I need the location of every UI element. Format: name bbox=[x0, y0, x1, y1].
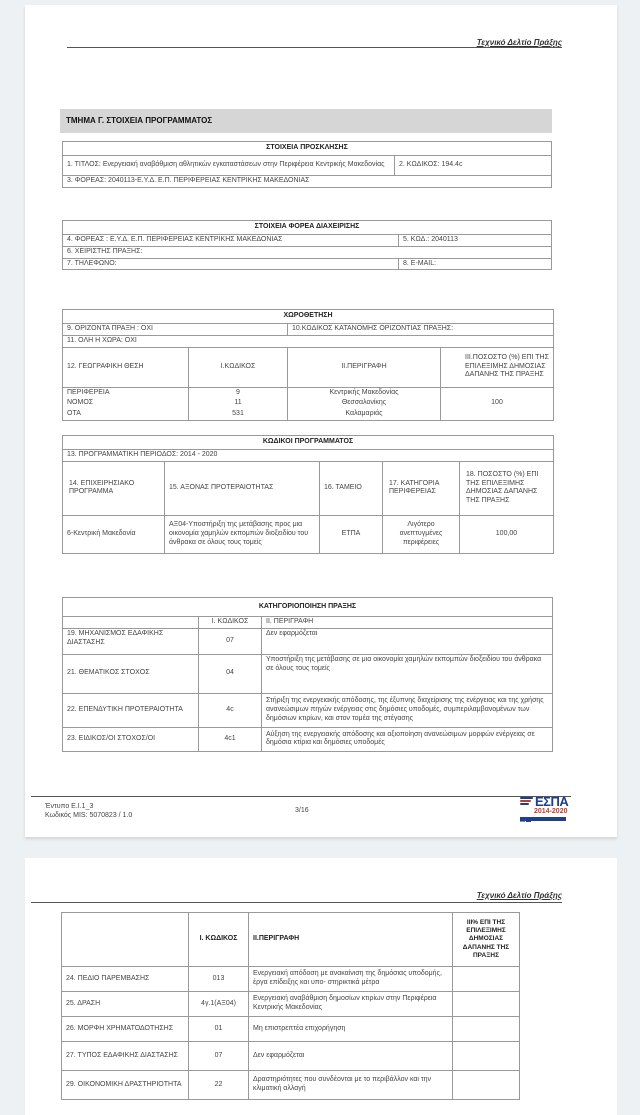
intervention-description: Δραστηριότητες που συνδέονται με το περι… bbox=[249, 1071, 453, 1100]
intervention-percent bbox=[453, 967, 520, 992]
footer-form-info: Έντυπο Ε.Ι.1_3 Κωδικός MIS: 5070823 / 1.… bbox=[45, 803, 132, 821]
mis-code: Κωδικός MIS: 5070823 / 1.0 bbox=[45, 812, 132, 821]
intervention-code: 07 bbox=[189, 1042, 249, 1071]
programming-period: 13. ΠΡΟΓΡΑΜΜΑΤΙΚΗ ΠΕΡΙΟΔΟΣ: 2014 - 2020 bbox=[63, 450, 554, 462]
intervention-label: 24. ΠΕΔΙΟ ΠΑΡΕΜΒΑΣΗΣ bbox=[62, 967, 189, 992]
operational-program: 6-Κεντρική Μακεδονία bbox=[63, 515, 165, 553]
geo-level: ΝΟΜΟΣ bbox=[63, 398, 189, 409]
intervention-code: 013 bbox=[189, 967, 249, 992]
email-field: 8. E-MAIL: bbox=[399, 258, 552, 270]
category-description: Υποστήριξη της μετάβασης σε μια οικονομί… bbox=[262, 654, 553, 693]
col-empty bbox=[63, 617, 199, 629]
location-heading: ΧΩΡΟΘΕΤΗΣΗ bbox=[63, 310, 554, 324]
col-percentage: ΙΙΙ.ΠΟΣΟΣΤΟ (%) ΕΠΙ ΤΗΣ ΕΠΙΛΕΞΙΜΗΣ ΔΗΜΟΣ… bbox=[441, 347, 554, 387]
geo-description: Κεντρικής Μακεδονίας bbox=[288, 387, 441, 398]
horizontal-operation: 9. ΟΡΙΖΟΝΤΑ ΠΡΑΞΗ : ΟΧΙ bbox=[63, 324, 288, 336]
col-empty bbox=[62, 913, 189, 967]
program-codes-heading: ΚΩΔΙΚΟΙ ΠΡΟΓΡΑΜΜΑΤΟΣ bbox=[63, 436, 554, 450]
col-code: Ι. ΚΩΔΙΚΟΣ bbox=[189, 913, 249, 967]
category-code: 4c1 bbox=[199, 727, 262, 751]
geo-percentage: 100 bbox=[441, 387, 554, 420]
col-code: Ι.ΚΩΔΙΚΟΣ bbox=[189, 347, 288, 387]
category-description: Δεν εφαρμόζεται bbox=[262, 628, 553, 654]
location-table: ΧΩΡΟΘΕΤΗΣΗ 9. ΟΡΙΖΟΝΤΑ ΠΡΑΞΗ : ΟΧΙ 10.ΚΩ… bbox=[62, 309, 554, 421]
header-rule bbox=[31, 902, 562, 903]
priority-axis: ΑΞ04-Υποστήριξη της μετάβασης προς μια ο… bbox=[165, 515, 320, 553]
intervention-percent bbox=[453, 1071, 520, 1100]
call-title-cell: 1. ΤΙΤΛΟΣ: Ενεργειακή αναβάθμιση αθλητικ… bbox=[63, 156, 395, 176]
intervention-description: Μη επιστρεπτέα επιχορήγηση bbox=[249, 1017, 453, 1042]
geo-code: 531 bbox=[189, 409, 288, 420]
col-region-category: 17. ΚΑΤΗΓΟΡΙΑ ΠΕΡΙΦΕΡΕΙΑΣ bbox=[383, 461, 460, 515]
espa-logo-bar bbox=[520, 817, 566, 821]
espa-logo-word: ΕΣΠΑ bbox=[535, 794, 568, 809]
managing-body-code: 5. ΚΩΔ.: 2040113 bbox=[399, 235, 552, 247]
document-header-title: Τεχνικό Δελτίο Πράξης bbox=[477, 891, 562, 900]
geo-description: Καλαμαριάς bbox=[288, 409, 441, 420]
intervention-code: 01 bbox=[189, 1017, 249, 1042]
managing-body-heading: ΣΤΟΙΧΕΙΑ ΦΟΡΕΑ ΔΙΑΧΕΙΡΙΣΗΣ bbox=[63, 221, 552, 235]
managing-body-table: ΣΤΟΙΧΕΙΑ ΦΟΡΕΑ ΔΙΑΧΕΙΡΙΣΗΣ 4. ΦΟΡΕΑΣ : Ε… bbox=[62, 220, 552, 270]
document-header-title: Τεχνικό Δελτίο Πράξης bbox=[477, 38, 562, 47]
call-body-value: 2040113-Ε.Υ.Δ. Ε.Π. ΠΕΡΙΦΕΡΕΙΑΣ ΚΕΝΤΡΙΚΗ… bbox=[108, 177, 309, 184]
col-operational-program: 14. ΕΠΙΧΕΙΡΗΣΙΑΚΟ ΠΡΟΓΡΑΜΜΑ bbox=[63, 461, 165, 515]
phone-field: 7. ΤΗΛΕΦΩΝΟ: bbox=[63, 258, 399, 270]
call-info-table: ΣΤΟΙΧΕΙΑ ΠΡΟΣΚΛΗΣΗΣ 1. ΤΙΤΛΟΣ: Ενεργειακ… bbox=[62, 141, 552, 188]
fund: ΕΤΠΑ bbox=[320, 515, 383, 553]
geo-code: 11 bbox=[189, 398, 288, 409]
espa-logo-years: 2014-2020 bbox=[534, 808, 567, 815]
call-code-label: 2. ΚΩΔΙΚΟΣ: bbox=[399, 161, 439, 168]
intervention-description: Δεν εφαρμόζεται bbox=[249, 1042, 453, 1071]
geo-code: 9 bbox=[189, 387, 288, 398]
espa-logo: ΕΣΠΑ 2014-2020 bbox=[518, 795, 568, 823]
call-title-label: 1. ΤΙΤΛΟΣ: bbox=[67, 161, 101, 168]
header-rule bbox=[67, 47, 562, 48]
operation-manager: 6. ΧΕΙΡΙΣΤΗΣ ΠΡΑΞΗΣ: bbox=[63, 246, 552, 258]
col-description: ΙΙ. ΠΕΡΙΓΡΑΦΗ bbox=[262, 617, 553, 629]
section-title: ΤΜΗΜΑ Γ. ΣΤΟΙΧΕΙΑ ΠΡΟΓΡΑΜΜΑΤΟΣ bbox=[60, 109, 552, 133]
form-code: Έντυπο Ε.Ι.1_3 bbox=[45, 803, 132, 812]
intervention-description: Ενεργειακή αναβάθμιση δημοσίων κτιρίων σ… bbox=[249, 992, 453, 1017]
col-description: ΙΙ.ΠΕΡΙΓΡΑΦΗ bbox=[288, 347, 441, 387]
program-percentage: 100,00 bbox=[460, 515, 554, 553]
managing-body-name: 4. ΦΟΡΕΑΣ : Ε.Υ.Δ. Ε.Π. ΠΕΡΙΦΕΡΕΙΑΣ ΚΕΝΤ… bbox=[63, 235, 399, 247]
intervention-label: 29. ΟΙΚΟΝΟΜΙΚΗ ΔΡΑΣΤΗΡΙΟΤΗΤΑ bbox=[62, 1071, 189, 1100]
categorization-heading: ΚΑΤΗΓΟΡΙΟΠΟΙΗΣΗ ΠΡΑΞΗΣ bbox=[63, 598, 553, 617]
call-title-value: Ενεργειακή αναβάθμιση αθλητικών εγκαταστ… bbox=[103, 161, 385, 168]
document-page-3: Τεχνικό Δελτίο Πράξης ΤΜΗΜΑ Γ. ΣΤΟΙΧΕΙΑ … bbox=[25, 5, 617, 837]
col-geo-location: 12. ΓΕΩΓΡΑΦΙΚΗ ΘΕΣΗ bbox=[63, 347, 189, 387]
category-code: 04 bbox=[199, 654, 262, 693]
category-description: Στήριξη της ενεργειακής απόδοσης, της έξ… bbox=[262, 693, 553, 727]
col-percentage: 18. ΠΟΣΟΣΤΟ (%) ΕΠΙ ΤΗΣ ΕΠΙΛΕΞΙΜΗΣ ΔΗΜΟΣ… bbox=[460, 461, 554, 515]
intervention-description: Ενεργειακή απόδοση με ανακαίνιση της δημ… bbox=[249, 967, 453, 992]
whole-country: 11. ΟΛΗ Η ΧΩΡΑ: ΟΧΙ bbox=[63, 335, 554, 347]
col-percentage: ΙΙΙ% ΕΠΙ ΤΗΣ ΕΠΙΛΕΞΙΜΗΣ ΔΗΜΟΣΙΑΣ ΔΑΠΑΝΗΣ… bbox=[453, 913, 520, 967]
page-number: 3/16 bbox=[295, 807, 309, 816]
intervention-percent bbox=[453, 992, 520, 1017]
category-code: 07 bbox=[199, 628, 262, 654]
program-codes-table: ΚΩΔΙΚΟΙ ΠΡΟΓΡΑΜΜΑΤΟΣ 13. ΠΡΟΓΡΑΜΜΑΤΙΚΗ Π… bbox=[62, 435, 554, 554]
intervention-percent bbox=[453, 1042, 520, 1071]
category-description: Αύξηση της ενεργειακής απόδοσης και αξιο… bbox=[262, 727, 553, 751]
eu-flag-icon bbox=[520, 809, 532, 815]
horizontal-code: 10.ΚΩΔΙΚΟΣ ΚΑΤΑΝΟΜΗΣ ΟΡΙΖΟΝΤΙΑΣ ΠΡΑΞΗΣ: bbox=[288, 324, 554, 336]
intervention-code: 4γ.1(ΑΞ04) bbox=[189, 992, 249, 1017]
categorization-table: ΚΑΤΗΓΟΡΙΟΠΟΙΗΣΗ ΠΡΑΞΗΣ Ι. ΚΩΔΙΚΟΣ ΙΙ. ΠΕ… bbox=[62, 597, 553, 752]
col-code: Ι. ΚΩΔΙΚΟΣ bbox=[199, 617, 262, 629]
intervention-label: 26. ΜΟΡΦΗ ΧΡΗΜΑΤΟΔΟΤΗΣΗΣ bbox=[62, 1017, 189, 1042]
category-label: 21. ΘΕΜΑΤΙΚΟΣ ΣΤΟΧΟΣ bbox=[63, 654, 199, 693]
category-label: 23. ΕΙΔΙΚΟΣ/ΟΙ ΣΤΟΧΟΣ/ΟΙ bbox=[63, 727, 199, 751]
intervention-percent bbox=[453, 1017, 520, 1042]
geo-description: Θεσσαλονίκης bbox=[288, 398, 441, 409]
category-label: 19. ΜΗΧΑΝΙΣΜΟΣ ΕΔΑΦΙΚΗΣ ΔΙΑΣΤΑΣΗΣ bbox=[63, 628, 199, 654]
document-page-4: Τεχνικό Δελτίο Πράξης Ι. ΚΩΔΙΚΟΣ ΙΙ.ΠΕΡΙ… bbox=[25, 858, 617, 1115]
intervention-code: 22 bbox=[189, 1071, 249, 1100]
category-code: 4c bbox=[199, 693, 262, 727]
geo-level: ΠΕΡΙΦΕΡΕΙΑ bbox=[63, 387, 189, 398]
call-info-heading: ΣΤΟΙΧΕΙΑ ΠΡΟΣΚΛΗΣΗΣ bbox=[63, 142, 552, 156]
intervention-label: 27. ΤΥΠΟΣ ΕΔΑΦΙΚΗΣ ΔΙΑΣΤΑΣΗΣ bbox=[62, 1042, 189, 1071]
call-body-cell: 3. ΦΟΡΕΑΣ: 2040113-Ε.Υ.Δ. Ε.Π. ΠΕΡΙΦΕΡΕΙ… bbox=[63, 176, 552, 188]
call-code-cell: 2. ΚΩΔΙΚΟΣ: 194.4c bbox=[395, 156, 552, 176]
espa-stripes-icon bbox=[520, 797, 533, 807]
category-label: 22. ΕΠΕΝΔΥΤΙΚΗ ΠΡΟΤΕΡΑΙΟΤΗΤΑ bbox=[63, 693, 199, 727]
col-priority-axis: 15. ΑΞΟΝΑΣ ΠΡΟΤΕΡΑΙΟΤΗΤΑΣ bbox=[165, 461, 320, 515]
footer-rule bbox=[31, 796, 571, 797]
call-code-value: 194.4c bbox=[441, 161, 462, 168]
col-description: ΙΙ.ΠΕΡΙΓΡΑΦΗ bbox=[249, 913, 453, 967]
region-category: Λιγότερο ανεπτυγμένες περιφέρειες bbox=[383, 515, 460, 553]
col-fund: 16. ΤΑΜΕΙΟ bbox=[320, 461, 383, 515]
intervention-table: Ι. ΚΩΔΙΚΟΣ ΙΙ.ΠΕΡΙΓΡΑΦΗ ΙΙΙ% ΕΠΙ ΤΗΣ ΕΠΙ… bbox=[61, 912, 520, 1100]
intervention-label: 25. ΔΡΑΣΗ bbox=[62, 992, 189, 1017]
call-body-label: 3. ΦΟΡΕΑΣ: bbox=[67, 177, 106, 184]
geo-level: ΟΤΑ bbox=[63, 409, 189, 420]
